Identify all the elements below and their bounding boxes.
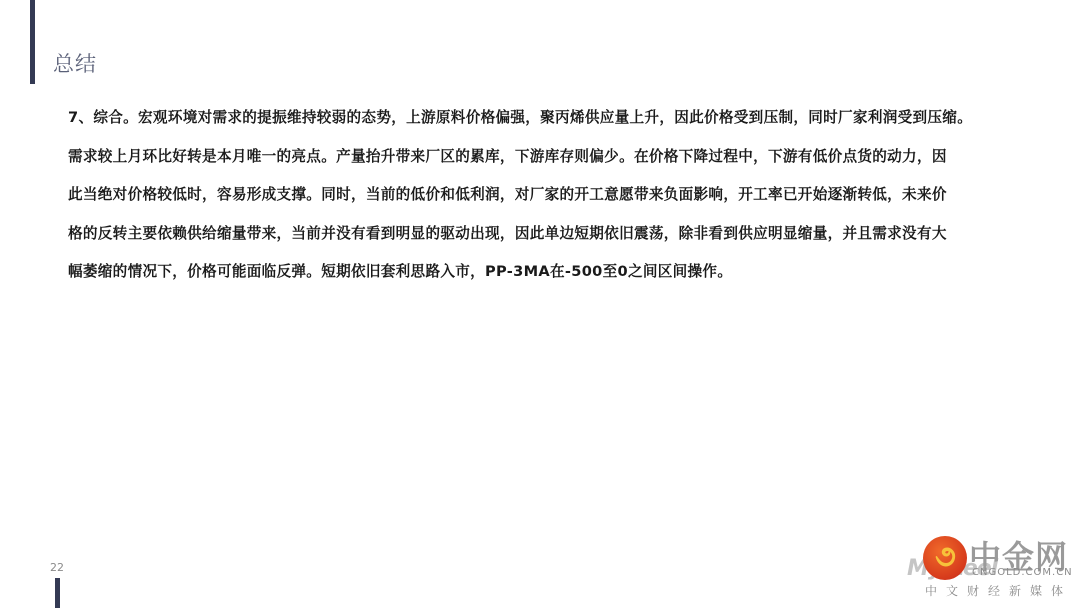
paragraph-line: 需求较上月环比好转是本月唯一的亮点。产量抬升带来厂区的累库，下游库存则偏少。在价… bbox=[68, 138, 1028, 177]
cngold-watermark-logo: Mysteel ૭ 中金网 CNGOLD.COM.CN 中文财经新媒体 bbox=[905, 530, 1075, 602]
swirl-icon: ૭ bbox=[935, 542, 957, 572]
brand-slogan: 中文财经新媒体 bbox=[925, 582, 1072, 599]
summary-paragraph: 7、综合。宏观环境对需求的提振维持较弱的态势，上游原料价格偏强，聚丙烯供应量上升… bbox=[68, 99, 1028, 292]
paragraph-line: 此当绝对价格较低时，容易形成支撑。同时，当前的低价和低利润，对厂家的开工意愿带来… bbox=[68, 176, 1028, 215]
footer-accent-bar bbox=[55, 578, 60, 608]
paragraph-line: 7、综合。宏观环境对需求的提振维持较弱的态势，上游原料价格偏强，聚丙烯供应量上升… bbox=[68, 99, 1028, 138]
page-number: 22 bbox=[50, 561, 64, 574]
brand-url: CNGOLD.COM.CN bbox=[972, 567, 1073, 578]
title-accent-bar bbox=[30, 0, 35, 84]
slide-title: 总结 bbox=[53, 48, 97, 78]
paragraph-line: 格的反转主要依赖供给缩量带来，当前并没有看到明显的驱动出现，因此单边短期依旧震荡… bbox=[68, 215, 1028, 254]
paragraph-line: 幅萎缩的情况下，价格可能面临反弹。短期依旧套利思路入市，PP-3MA在-500至… bbox=[68, 253, 1028, 292]
